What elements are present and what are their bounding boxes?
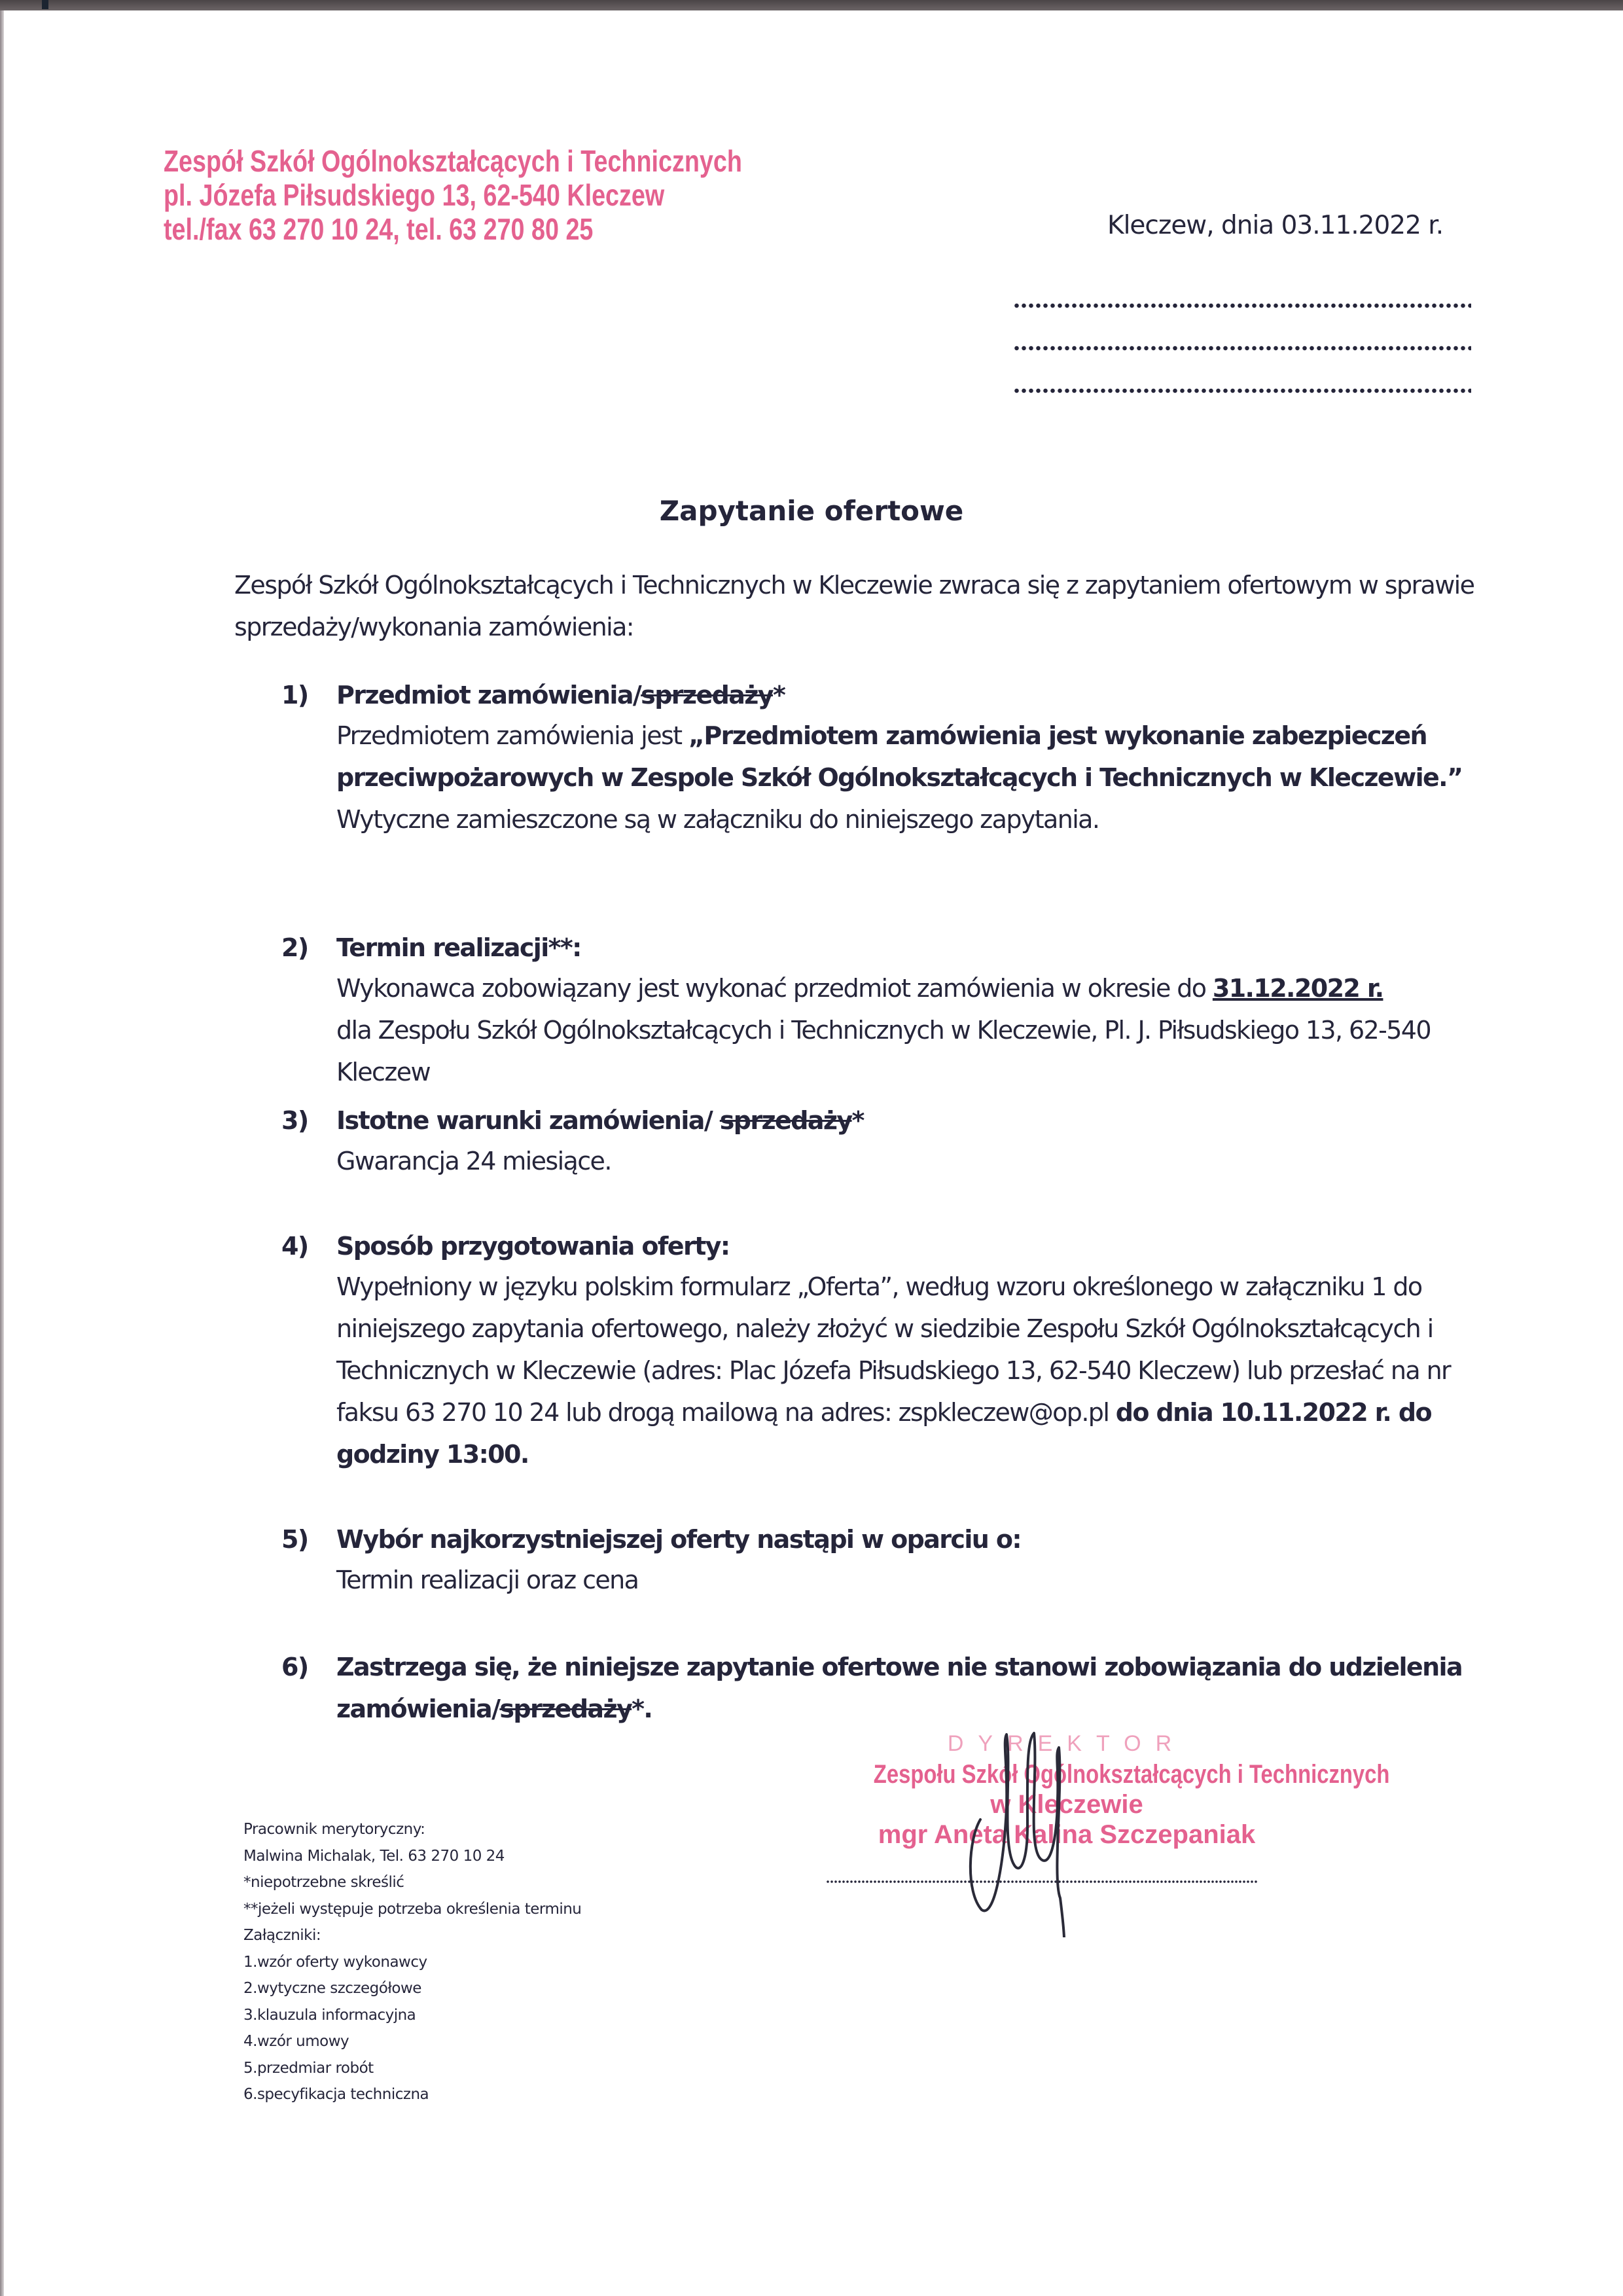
scan-left-edge (0, 10, 4, 2296)
note-strike-unneeded: *niepotrzebne skreślić (243, 1869, 581, 1896)
section-body: Gwarancja 24 miesiące. (336, 1140, 1514, 1182)
section-5: 5) Wybór najkorzystniejszej oferty nastą… (281, 1525, 1499, 1604)
attachment-item: 1.wzór oferty wykonawcy (243, 1949, 581, 1976)
section-number: 5) (281, 1525, 308, 1554)
section-body: Termin realizacji oraz cena (336, 1559, 1514, 1601)
section-heading: Istotne warunki zamówienia/ sprzedaży* (336, 1106, 864, 1135)
recipient-line-1 (1013, 302, 1471, 309)
section-number: 4) (281, 1232, 308, 1261)
struck-text: sprzedaży (499, 1695, 632, 1723)
stamp-line-1: Zespół Szkół Ogólnokształcących i Techni… (164, 144, 550, 178)
footnotes: Pracownik merytoryczny: Malwina Michalak… (243, 1816, 581, 2108)
section-3: 3) Istotne warunki zamówienia/ sprzedaży… (281, 1106, 1499, 1185)
section-6: 6) Zastrzega się, że niniejsze zapytanie… (281, 1653, 1499, 1731)
section-heading: Zastrzega się, że niniejsze zapytanie of… (336, 1653, 1462, 1681)
section-1: 1) Przedmiot zamówienia/sprzedaży* Przed… (281, 681, 1499, 851)
section-2: 2) Termin realizacji**: Wykonawca zobowi… (281, 933, 1499, 1064)
attachment-item: 2.wytyczne szczegółowe (243, 1975, 581, 2002)
section-4: 4) Sposób przygotowania oferty: Wypełnio… (281, 1232, 1499, 1480)
note-deadline: **jeżeli występuje potrzeba określenia t… (243, 1896, 581, 1923)
section-number: 3) (281, 1106, 308, 1135)
section-heading: Wybór najkorzystniejszej oferty nastąpi … (336, 1525, 1021, 1554)
attachment-item: 4.wzór umowy (243, 2028, 581, 2055)
attachment-item: 6.specyfikacja techniczna (243, 2081, 581, 2108)
section-number: 2) (281, 933, 308, 962)
struck-text: sprzedaży (641, 681, 773, 709)
contact-label: Pracownik merytoryczny: (243, 1816, 581, 1843)
recipient-line-2 (1013, 345, 1471, 351)
attachment-item: 3.klauzula informacyjna (243, 2002, 581, 2029)
section-body: Wypełniony w języku polskim formularz „O… (336, 1266, 1501, 1475)
document-title: Zapytanie ofertowe (0, 495, 1623, 527)
recipient-line-3 (1013, 387, 1471, 394)
school-header-stamp: Zespół Szkół Ogólnokształcących i Techni… (164, 144, 550, 246)
stamp-line-3: tel./fax 63 270 10 24, tel. 63 270 80 25 (164, 212, 550, 246)
struck-text: sprzedaży (720, 1106, 852, 1135)
section-heading-cont: zamówienia/sprzedaży*. (336, 1695, 652, 1723)
stamp-line-2: pl. Józefa Piłsudskiego 13, 62-540 Klecz… (164, 178, 550, 212)
handwritten-signature-icon (929, 1728, 1139, 1937)
attachment-item: 5.przedmiar robót (243, 2055, 581, 2082)
section-heading: Sposób przygotowania oferty: (336, 1232, 729, 1261)
deadline-date: 31.12.2022 r. (1213, 974, 1383, 1003)
contact-person: Malwina Michalak, Tel. 63 270 10 24 (243, 1843, 581, 1870)
section-heading: Termin realizacji**: (336, 933, 581, 962)
section-number: 6) (281, 1653, 308, 1681)
place-and-date: Kleczew, dnia 03.11.2022 r. (1107, 211, 1443, 240)
intro-paragraph: Zespół Szkół Ogólnokształcących i Techni… (234, 564, 1478, 648)
section-heading: Przedmiot zamówienia/sprzedaży* (336, 681, 785, 709)
section-number: 1) (281, 681, 308, 709)
scan-top-edge (0, 0, 1623, 10)
section-body: Wykonawca zobowiązany jest wykonać przed… (336, 967, 1488, 1093)
scan-clip-mark (42, 0, 48, 9)
section-body: Przedmiotem zamówienia jest „Przedmiotem… (336, 715, 1475, 840)
attachments-label: Załączniki: (243, 1922, 581, 1949)
